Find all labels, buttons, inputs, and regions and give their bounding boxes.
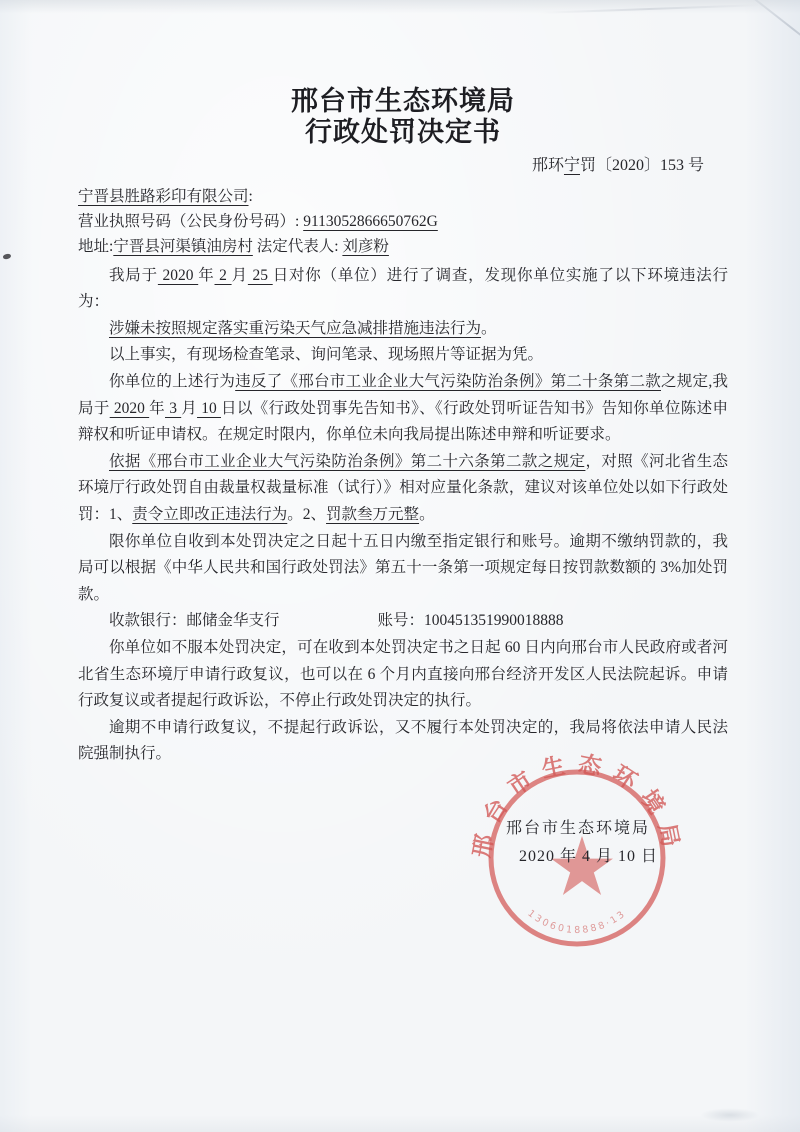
filled-blank-month: 3 xyxy=(165,400,181,417)
scanned-penalty-decision-document: 邢台市生态环境局 行政处罚决定书 邢环宁罚〔2020〕153 号 宁晋县胜路彩印… xyxy=(0,0,800,1132)
para-appeal-rights: 你单位如不服本处罚决定，可在收到本处罚决定书之日起 60 日内向邢台市人民政府或… xyxy=(78,635,728,715)
penalty-item-1: 责令立即改正违法行为 xyxy=(132,506,287,523)
paper-crease-top-right xyxy=(741,0,800,70)
document-title: 邢台市生态环境局 行政处罚决定书 xyxy=(78,86,728,148)
title-type-line: 行政处罚决定书 xyxy=(78,117,728,148)
filled-blank-day: 10 xyxy=(197,400,221,417)
ink-speck xyxy=(2,253,11,260)
text-segment: 。 xyxy=(419,506,435,523)
filled-blank-year: 2020 xyxy=(110,400,149,417)
bank-label: 收款银行： xyxy=(109,612,187,629)
violation-description: 涉嫌未按照规定落实重污染天气应急减排措施违法行为 xyxy=(109,320,481,337)
para-payment-terms: 限你单位自收到本处罚决定之日起十五日内缴至指定银行和账号。逾期不缴纳罚款的，我局… xyxy=(78,529,728,609)
para-violation: 涉嫌未按照规定落实重污染天气应急减排措施违法行为。 xyxy=(78,316,728,343)
bank-name: 邮储金华支行 xyxy=(187,612,280,629)
filled-blank-month: 2 xyxy=(215,267,232,284)
license-label: 营业执照号码（公民身份号码）: xyxy=(78,213,303,230)
title-agency-line: 邢台市生态环境局 xyxy=(78,86,728,117)
recipient-block: 宁晋县胜路彩印有限公司: 营业执照号码（公民身份号码）: 91130528666… xyxy=(78,184,728,260)
para-legal-basis: 你单位的上述行为违反了《邢台市工业企业大气污染防治条例》第二十条第二款之规定,我… xyxy=(78,369,728,449)
doc-number-filled-blank: 宁 xyxy=(564,157,580,174)
filled-blank-year: 2020 xyxy=(158,267,198,284)
text-segment: 年 xyxy=(149,400,165,417)
address-value: 宁晋县河渠镇油房村 xyxy=(113,238,253,255)
recipient-name-line: 宁晋县胜路彩印有限公司: xyxy=(78,184,728,209)
violated-regulation: 违反了《邢台市工业企业大气污染防治条例》第二十条第二款 xyxy=(235,373,661,390)
recipient-company-name: 宁晋县胜路彩印有限公司 xyxy=(78,188,249,205)
license-line: 营业执照号码（公民身份号码）: 9113052866650762G xyxy=(78,209,728,234)
para-investigation: 我局于 2020 年 2 月 25 日对你（单位）进行了调查，发现你单位实施了以… xyxy=(78,263,728,316)
text-segment: 月 xyxy=(232,267,248,284)
seal-code: 1306018888·13 xyxy=(525,908,628,936)
text-segment: 你单位的上述行为 xyxy=(109,373,235,390)
paper-crease-top xyxy=(540,4,760,14)
document-content: 邢台市生态环境局 行政处罚决定书 邢环宁罚〔2020〕153 号 宁晋县胜路彩印… xyxy=(78,86,728,768)
doc-number-prefix: 邢环 xyxy=(532,157,564,174)
license-number: 9113052866650762G xyxy=(303,213,438,230)
para-penalty-decision: 依据《邢台市工业企业大气污染防治条例》第二十六条第二款之规定，对照《河北省生态环… xyxy=(78,449,728,529)
document-number: 邢环宁罚〔2020〕153 号 xyxy=(78,155,728,177)
account-label: 账号： xyxy=(378,612,425,629)
legal-rep-name: 刘彦粉 xyxy=(342,238,389,255)
penalty-item-2: 罚款叁万元整 xyxy=(326,506,419,523)
text-segment: 年 xyxy=(198,267,214,284)
svg-text:1306018888·13: 1306018888·13 xyxy=(525,908,628,936)
recipient-colon: : xyxy=(249,188,253,205)
bank-account-line: 收款银行：邮储金华支行账号：100451351990018888 xyxy=(78,608,728,635)
para-evidence: 以上事实，有现场检查笔录、询问笔录、现场照片等证据为凭。 xyxy=(78,342,728,369)
account-number: 100451351990018888 xyxy=(424,612,564,629)
doc-number-suffix: 罚〔2020〕153 号 xyxy=(580,157,704,174)
filled-blank-day: 25 xyxy=(248,267,273,284)
signature-agency: 邢台市生态环境局 xyxy=(506,815,650,838)
address-label: 地址: xyxy=(78,238,113,255)
signature-date: 2020 年 4 月 10 日 xyxy=(519,843,658,866)
address-line: 地址:宁晋县河渠镇油房村 法定代表人: 刘彦粉 xyxy=(78,234,728,259)
text-segment: 。2、 xyxy=(287,506,326,523)
text-segment: 。 xyxy=(481,320,497,337)
penalty-regulation: 依据《邢台市工业企业大气污染防治条例》第二十六条第二款之规定 xyxy=(109,453,585,470)
document-body: 我局于 2020 年 2 月 25 日对你（单位）进行了调查，发现你单位实施了以… xyxy=(78,263,728,768)
paper-smudge-bottom xyxy=(700,1108,760,1122)
text-segment: 月 xyxy=(181,400,197,417)
text-segment: 我局于 xyxy=(109,267,158,284)
legal-rep-label: 法定代表人: xyxy=(253,238,343,255)
